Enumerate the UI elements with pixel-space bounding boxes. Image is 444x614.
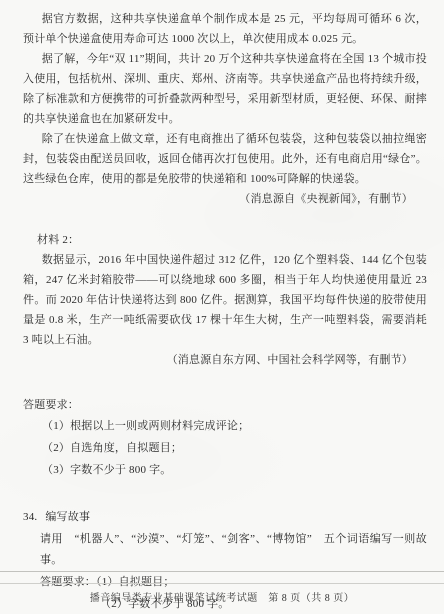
- material1-paragraph-cost: 据官方数据，这种共享快递盒单个制作成本是 25 元，平均每周可循环 6 次，预计…: [23, 9, 427, 49]
- footer-divider-bottom: [0, 583, 444, 584]
- footer-divider-top: [0, 571, 444, 572]
- material2-paragraph-statistics: 数据显示，2016 年中国快递件超过 312 亿件，120 亿个塑料袋、144 …: [23, 250, 427, 350]
- answer-requirement-item-3: （3）字数不少于 800 字。: [42, 460, 427, 481]
- material1-source-attribution: （消息源自《央视新闻》，有删节）: [23, 189, 427, 209]
- material1-paragraph-greenwarehouse: 除了在快递盒上做文章，还有电商推出了循环包装袋，这种包装袋以抽拉绳密封，包装袋由…: [23, 129, 427, 189]
- answer-requirement-item-2: （2）自选角度，自拟题目；: [42, 438, 427, 459]
- answer-requirement-item-1: （1）根据以上一则或两则材料完成评论；: [42, 416, 427, 437]
- answer-requirements-heading: 答题要求：: [23, 395, 427, 415]
- question-34-number: 34.: [23, 507, 37, 527]
- question-34-title-row: 34.编写故事: [23, 507, 427, 527]
- material2-heading: 材料 2：: [37, 230, 427, 250]
- page-footer: 播音编导类专业基础课笔试统考试题 第 8 页（共 8 页）: [0, 591, 444, 607]
- material2-source-attribution: （消息源自东方网、中国社会科学网等，有删节）: [23, 350, 427, 370]
- material1-paragraph-double11: 据了解，今年“双 11”期间，共计 20 万个这种共享快递盒将在全国 13 个城…: [23, 49, 427, 129]
- page-content: 据官方数据，这种共享快递盒单个制作成本是 25 元，平均每周可循环 6 次，预计…: [23, 9, 427, 614]
- question-34-title: 编写故事: [45, 511, 90, 523]
- exam-paper-page: 据官方数据，这种共享快递盒单个制作成本是 25 元，平均每周可循环 6 次，预计…: [0, 0, 444, 614]
- question-34-prompt: 请用 “机器人”、“沙漠”、“灯笼”、“剑客”、“博物馆” 五个词语编写一则故事…: [40, 529, 427, 571]
